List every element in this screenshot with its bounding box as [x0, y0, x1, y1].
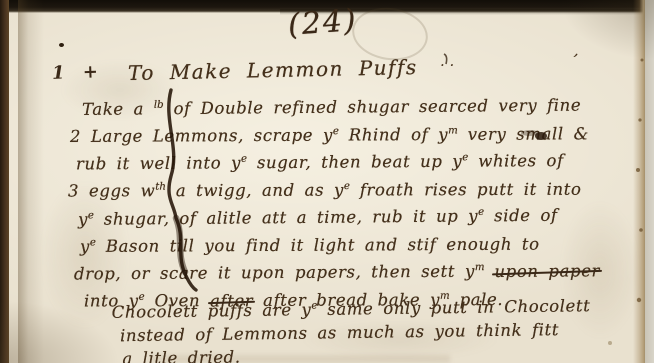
text-segment — [484, 262, 494, 281]
struck-text: upon paper — [494, 261, 600, 281]
manuscript-line: rub it well into ye sugar, then beat up … — [76, 145, 630, 176]
text-segment: froath rises putt it into — [350, 179, 582, 199]
recipe-title: To Make Lemmon Puffs — [128, 55, 418, 85]
manuscript-line: 3 eggs wth a twigg, and as ye froath ris… — [68, 174, 630, 203]
text-segment: side of — [484, 206, 558, 226]
manuscript-page-photo: (24) 1 + To Make Lemmon Puffs . . ’ Take… — [0, 0, 654, 363]
text-segment: Chocolett puffs are y — [112, 300, 312, 322]
title-flourish-dots: . . — [440, 52, 454, 70]
manuscript-line: Take a lb of Double refined shugar searc… — [82, 90, 630, 122]
text-segment: a litle dried. — [122, 347, 241, 363]
chocolate-variation-note: Chocolett puffs are ye same only putt in… — [112, 291, 593, 363]
margin-mark: 1 + — [52, 61, 105, 84]
recipe-body: Take a lb of Double refined shugar searc… — [74, 92, 630, 312]
manuscript-line: ye shugar, of alitle att a time, rub it … — [78, 200, 630, 232]
manuscript-line: 2 Large Lemmons, scrape ye Rhind of ym v… — [70, 118, 630, 148]
superscript-text: th — [155, 181, 166, 192]
text-segment: instead of Lemmons as much as you think … — [120, 320, 559, 345]
text-segment: 3 eggs w — [68, 181, 155, 200]
text-segment: 2 Large Lemmons, scrape y — [70, 125, 333, 145]
superscript-text: m — [448, 125, 458, 136]
text-segment: sugar, then beat up y — [247, 152, 462, 173]
text-segment: y — [80, 236, 90, 255]
text-segment: rub it well into y — [76, 153, 241, 173]
manuscript-line: drop, or scare it upon papers, then sett… — [74, 255, 630, 286]
text-segment: of Double refined shugar searced very fi… — [164, 96, 582, 119]
superscript-text: m — [475, 262, 485, 273]
ink-dot — [59, 43, 64, 47]
text-segment: y — [78, 210, 88, 229]
text-segment: shugar, of alitle att a time, rub it up … — [94, 206, 478, 228]
paper-speckle — [608, 341, 612, 345]
text-segment: a twigg, and as y — [166, 180, 344, 200]
text-segment: Bason till you find it light and stif en… — [96, 234, 540, 255]
manuscript-line: ye Bason till you find it light and stif… — [80, 228, 630, 258]
superscript-text: lb — [154, 100, 164, 111]
text-segment: Take a — [82, 99, 154, 119]
text-segment: whites of — [468, 151, 564, 171]
text-segment: very small & — [458, 124, 589, 144]
text-segment: Rhind of y — [339, 124, 448, 144]
text-segment: drop, or scare it upon papers, then sett… — [74, 262, 475, 284]
text-segment: same only putt in Chocolett — [317, 296, 590, 319]
